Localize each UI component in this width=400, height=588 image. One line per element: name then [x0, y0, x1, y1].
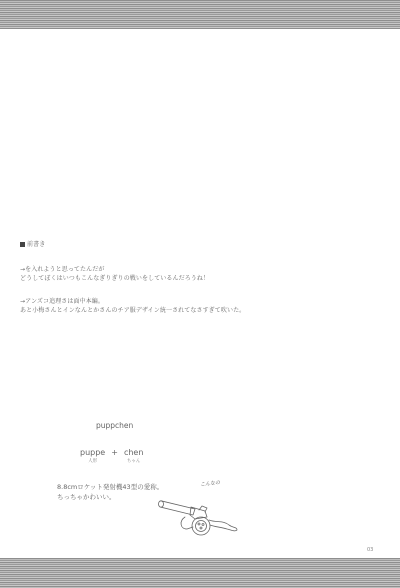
paragraph-line: →を入れようと思ってたんだが [20, 265, 245, 274]
term-ruby: 人形 [88, 458, 97, 464]
term-word: chen [124, 448, 143, 457]
afterword-heading-text: 前書き [27, 240, 45, 249]
caption-text: 8.8cmロケット発射機43型の愛称。 ちっちゃかわいい。 [57, 482, 163, 502]
cannon-sketch-icon [155, 495, 240, 540]
afterword-section: 前書き →を入れようと思ってたんだが どうしてぼくはいつもこんなぎりぎりの戦いを… [20, 240, 245, 329]
page-number: 03 [367, 547, 373, 553]
square-bullet-icon [20, 242, 25, 247]
term-ruby: ちゃん [127, 458, 141, 464]
bottom-stripe-border [0, 558, 400, 588]
caption-line: ちっちゃかわいい。 [57, 492, 163, 502]
top-stripe-border [0, 0, 400, 29]
paragraph-line: →アンズコ追理さは面中本編。 [20, 297, 245, 306]
afterword-paragraph-2: →アンズコ追理さは面中本編。 あと小梅さんとインなんとかさんのチア服デザイン統一… [20, 297, 245, 315]
term-word: puppe [80, 448, 105, 457]
etymology-operator: + [111, 448, 118, 464]
etymology-term-2: chen ちゃん [124, 448, 143, 464]
paragraph-line: あと小梅さんとインなんとかさんのチア服デザイン統一されてなさすぎて吹いた。 [20, 306, 245, 315]
paragraph-line: どうしてぼくはいつもこんなぎりぎりの戦いをしているんだろうね！ [20, 274, 245, 283]
etymology-word: puppchen [96, 421, 133, 430]
handwritten-note: こんなの [200, 479, 221, 488]
etymology-equation: puppe 人形 + chen ちゃん [80, 448, 143, 464]
etymology-term-1: puppe 人形 [80, 448, 105, 464]
plus-operator: + [111, 448, 118, 457]
afterword-heading: 前書き [20, 240, 245, 249]
afterword-paragraph-1: →を入れようと思ってたんだが どうしてぼくはいつもこんなぎりぎりの戦いをしている… [20, 265, 245, 283]
caption-line: 8.8cmロケット発射機43型の愛称。 [57, 482, 163, 492]
